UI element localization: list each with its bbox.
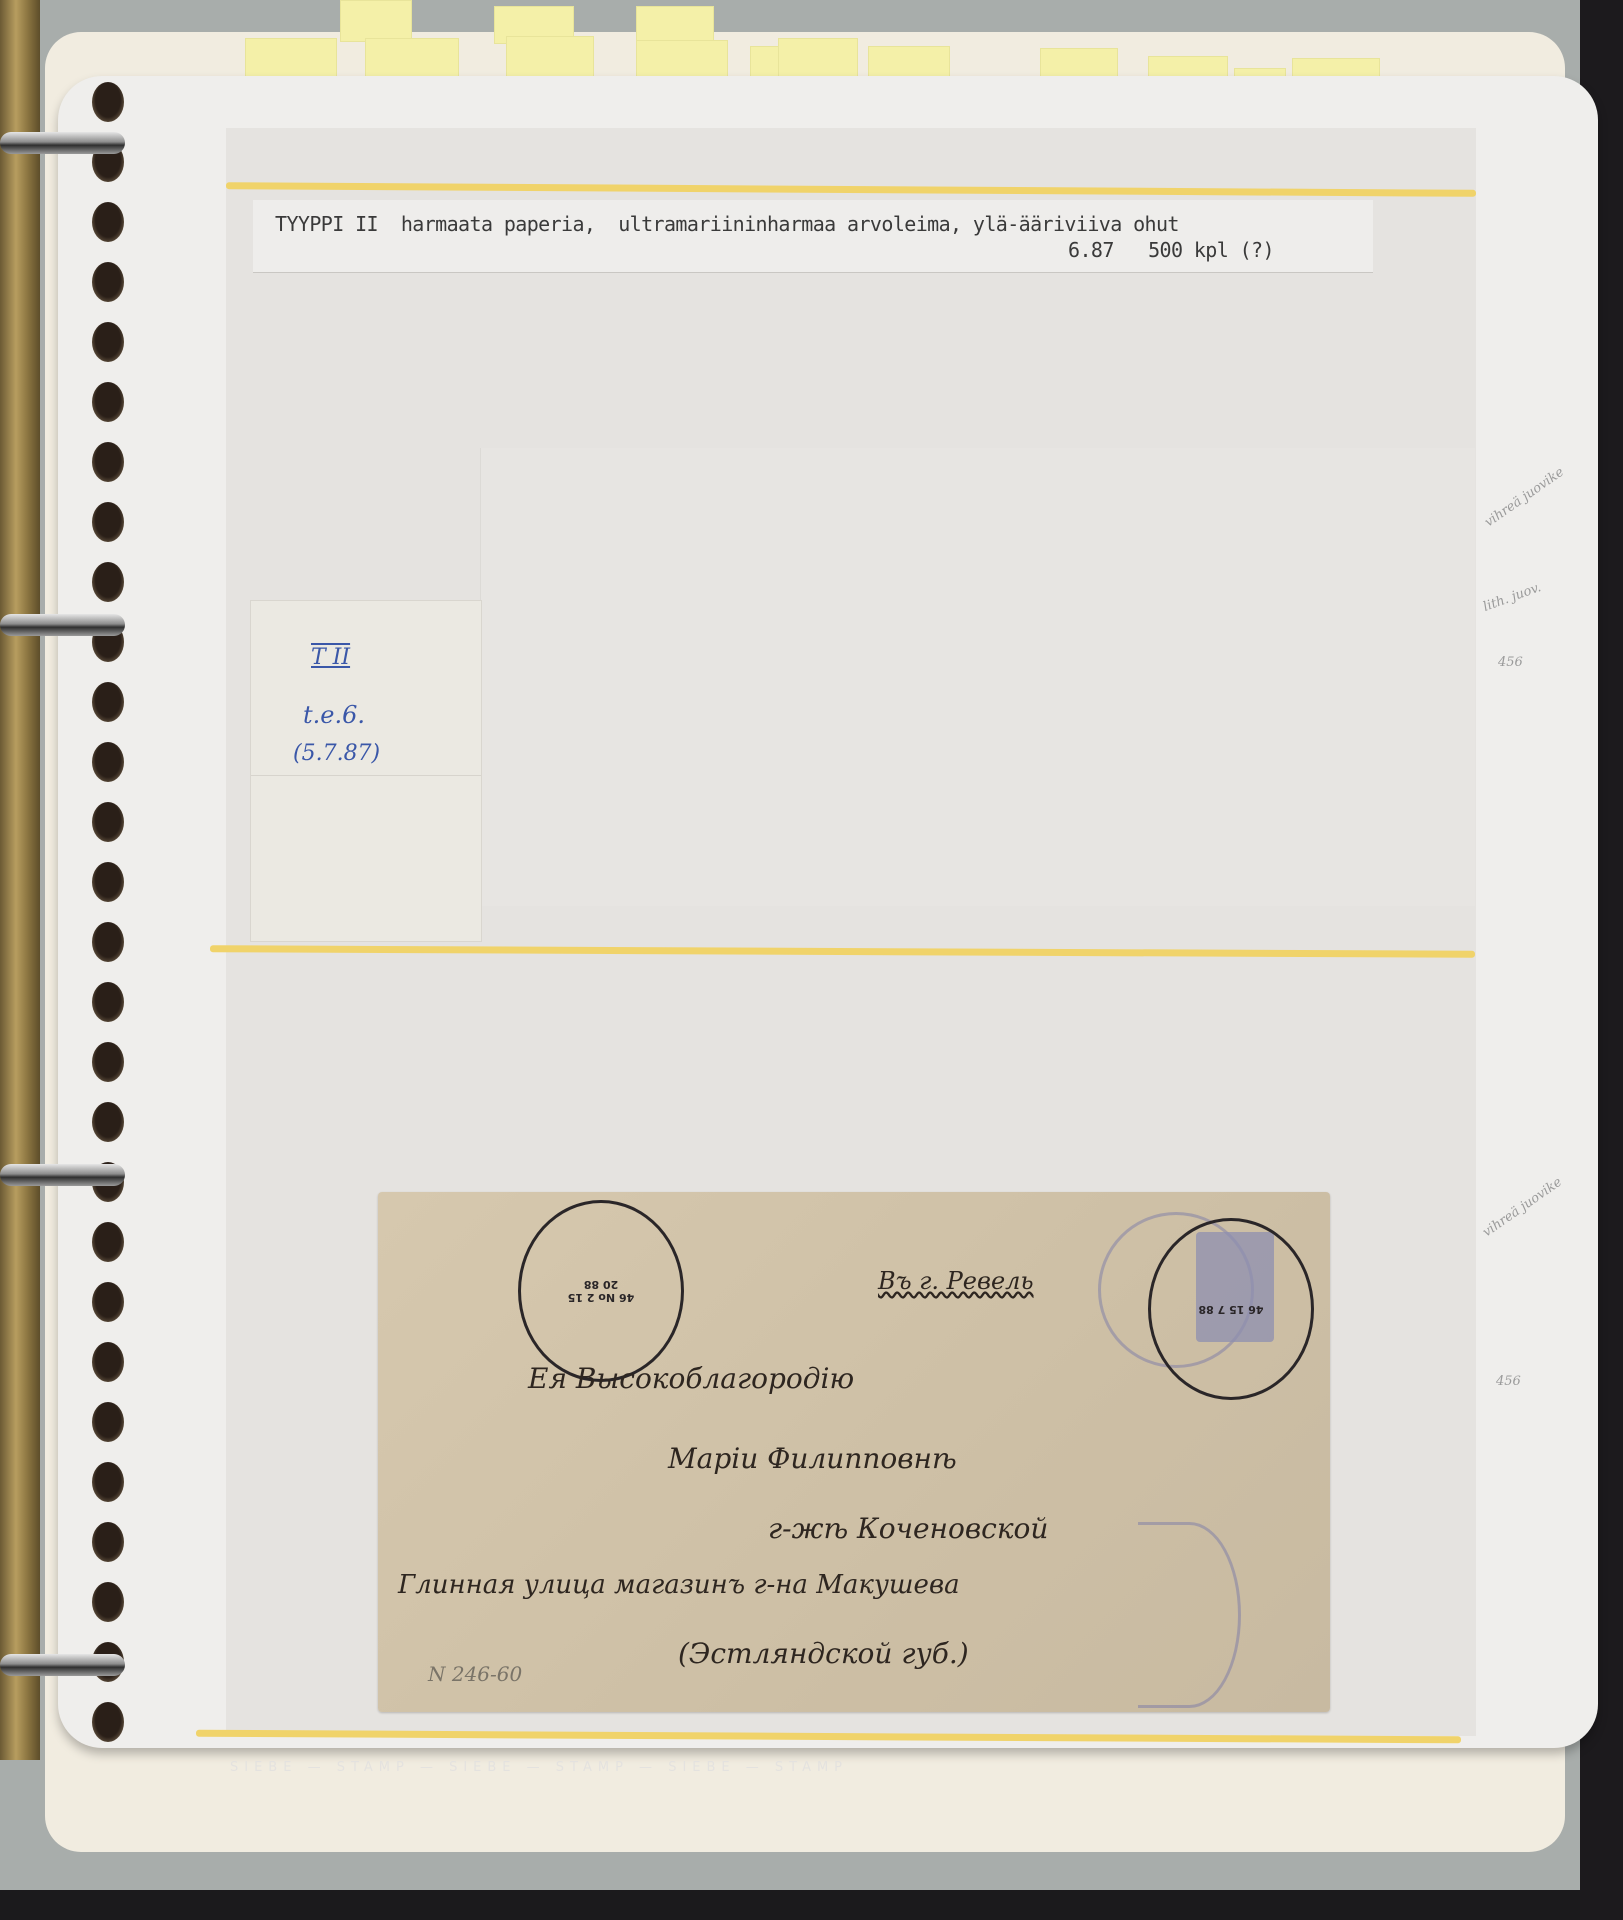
punch-hole <box>92 862 124 902</box>
punch-hole <box>92 982 124 1022</box>
punch-hole <box>92 1702 124 1742</box>
punch-hole <box>92 82 124 122</box>
postmark-left: 46 No 2 15 20 88 <box>518 1200 684 1382</box>
punch-hole <box>92 1102 124 1142</box>
destination-text: Въ г. Ревель <box>878 1267 1034 1295</box>
binder-ring <box>0 1164 125 1186</box>
pencil-note: 456 <box>1496 1374 1521 1389</box>
binder-spine <box>0 0 40 1760</box>
binder-ring <box>0 1654 125 1676</box>
address-line: Маріи Филипповнѣ <box>668 1442 957 1475</box>
punch-hole <box>92 1222 124 1262</box>
punch-hole <box>92 742 124 782</box>
card-type-note: T II <box>311 645 350 670</box>
card-te-note: t.e.6. <box>303 701 365 729</box>
stamp-sleeve <box>480 448 1475 906</box>
label-type-text: TYYPPI II harmaata paperia, ultramariini… <box>275 212 1179 236</box>
faint-postmark <box>1138 1522 1241 1708</box>
punch-hole <box>92 262 124 302</box>
address-line: Ея Высокоблагородію <box>528 1362 854 1395</box>
sticky-tab[interactable] <box>636 6 714 44</box>
punch-hole <box>92 802 124 842</box>
punch-hole <box>92 1042 124 1082</box>
punch-hole <box>92 1342 124 1382</box>
postmark-right-date: 46 15 7 88 <box>1196 1303 1266 1316</box>
punch-hole <box>92 1582 124 1622</box>
card-fold <box>251 775 481 776</box>
punch-hole <box>92 322 124 362</box>
address-line: (Эстляндской губ.) <box>678 1637 969 1670</box>
punch-hole <box>92 202 124 242</box>
punch-hole <box>92 502 124 542</box>
punch-hole <box>92 1522 124 1562</box>
punch-hole <box>92 1282 124 1322</box>
pencil-reference: N 246-60 <box>428 1662 522 1686</box>
address-line: г-жѣ Коченовской <box>768 1512 1048 1545</box>
handwritten-card: T II t.e.6. (5.7.87) <box>250 600 482 942</box>
punch-hole <box>92 1462 124 1502</box>
address-line: Глинная улица магазинъ г-на Макушева <box>398 1570 960 1600</box>
punch-hole <box>92 682 124 722</box>
pencil-note: 456 <box>1498 655 1523 670</box>
binder-ring <box>0 132 125 154</box>
description-label: TYYPPI II harmaata paperia, ultramariini… <box>253 200 1373 273</box>
postmark-right: 46 15 7 88 <box>1148 1218 1314 1400</box>
punch-hole <box>92 442 124 482</box>
postal-envelope: 46 No 2 15 20 88 46 15 7 88 Въ г. Ревель… <box>378 1192 1330 1712</box>
postmark-left-date: 46 No 2 15 20 88 <box>561 1278 641 1304</box>
punch-hole <box>92 562 124 602</box>
punch-hole <box>92 382 124 422</box>
punch-hole <box>92 922 124 962</box>
binder-ring <box>0 614 125 636</box>
label-date-quantity: 6.87 500 kpl (?) <box>1068 238 1274 262</box>
sticky-tab[interactable] <box>340 0 412 42</box>
card-date-note: (5.7.87) <box>293 741 380 766</box>
punch-hole <box>92 1402 124 1442</box>
page-imprint: SIEBE — STAMP — SIEBE — STAMP — SIEBE — … <box>230 1760 848 1775</box>
